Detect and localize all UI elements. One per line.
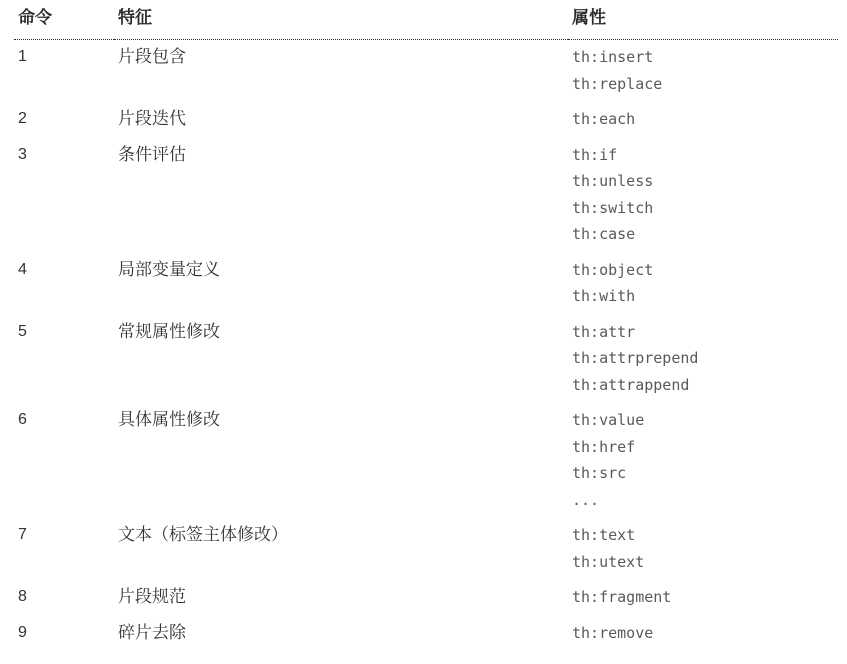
feature-cell: 碎片去除 [114,615,568,651]
table-row: 3 条件评估 th:ifth:unlessth:switchth:case [14,137,838,252]
column-header-command: 命令 [14,0,114,39]
feature-cell: 具体属性修改 [114,403,568,518]
feature-cell: 常规属性修改 [114,314,568,403]
row-number: 1 [14,39,114,102]
attribute-code: ... [572,487,830,514]
table-row: 4 局部变量定义 th:objectth:with [14,252,838,314]
table-row: 1 片段包含 th:insertth:replace [14,39,838,102]
attribute-code: th:value [572,407,830,434]
attribute-code: th:object [572,257,830,284]
attribute-code: th:src [572,460,830,487]
attribute-cell: th:fragment [568,580,838,616]
row-number: 5 [14,314,114,403]
attribute-code: th:fragment [572,584,830,611]
table-row: 7 文本（标签主体修改） th:textth:utext [14,518,838,580]
attribute-cell: th:valueth:hrefth:src... [568,403,838,518]
attribute-code: th:attrappend [572,372,830,399]
row-number: 2 [14,102,114,138]
attribute-code: th:utext [572,549,830,576]
attribute-code: th:with [572,283,830,310]
attribute-code: th:each [572,106,830,133]
row-number: 3 [14,137,114,252]
attribute-cell: th:attrth:attrprependth:attrappend [568,314,838,403]
attribute-code: th:if [572,142,830,169]
table-row: 5 常规属性修改 th:attrth:attrprependth:attrapp… [14,314,838,403]
row-number: 8 [14,580,114,616]
table-row: 6 具体属性修改 th:valueth:hrefth:src... [14,403,838,518]
attribute-code: th:case [572,221,830,248]
table-body: 1 片段包含 th:insertth:replace 2 片段迭代 th:eac… [14,39,838,651]
attribute-code: th:remove [572,620,830,647]
attribute-cell: th:insertth:replace [568,39,838,102]
feature-cell: 片段包含 [114,39,568,102]
attribute-cell: th:each [568,102,838,138]
attribute-code: th:attrprepend [572,345,830,372]
attribute-code: th:attr [572,319,830,346]
attribute-cell: th:ifth:unlessth:switchth:case [568,137,838,252]
attribute-code: th:insert [572,44,830,71]
feature-cell: 文本（标签主体修改） [114,518,568,580]
table-header-row: 命令 特征 属性 [14,0,838,39]
feature-cell: 片段规范 [114,580,568,616]
row-number: 7 [14,518,114,580]
attribute-code: th:switch [572,195,830,222]
row-number: 6 [14,403,114,518]
row-number: 9 [14,615,114,651]
column-header-attribute: 属性 [568,0,838,39]
thymeleaf-attributes-table: 命令 特征 属性 1 片段包含 th:insertth:replace 2 片段… [14,0,838,651]
feature-cell: 条件评估 [114,137,568,252]
column-header-feature: 特征 [114,0,568,39]
attribute-cell: th:remove [568,615,838,651]
attribute-code: th:unless [572,168,830,195]
attribute-cell: th:textth:utext [568,518,838,580]
attribute-code: th:href [572,434,830,461]
feature-cell: 局部变量定义 [114,252,568,314]
feature-cell: 片段迭代 [114,102,568,138]
row-number: 4 [14,252,114,314]
table-row: 9 碎片去除 th:remove [14,615,838,651]
attribute-cell: th:objectth:with [568,252,838,314]
table-row: 2 片段迭代 th:each [14,102,838,138]
attribute-code: th:replace [572,71,830,98]
attribute-code: th:text [572,522,830,549]
table-row: 8 片段规范 th:fragment [14,580,838,616]
